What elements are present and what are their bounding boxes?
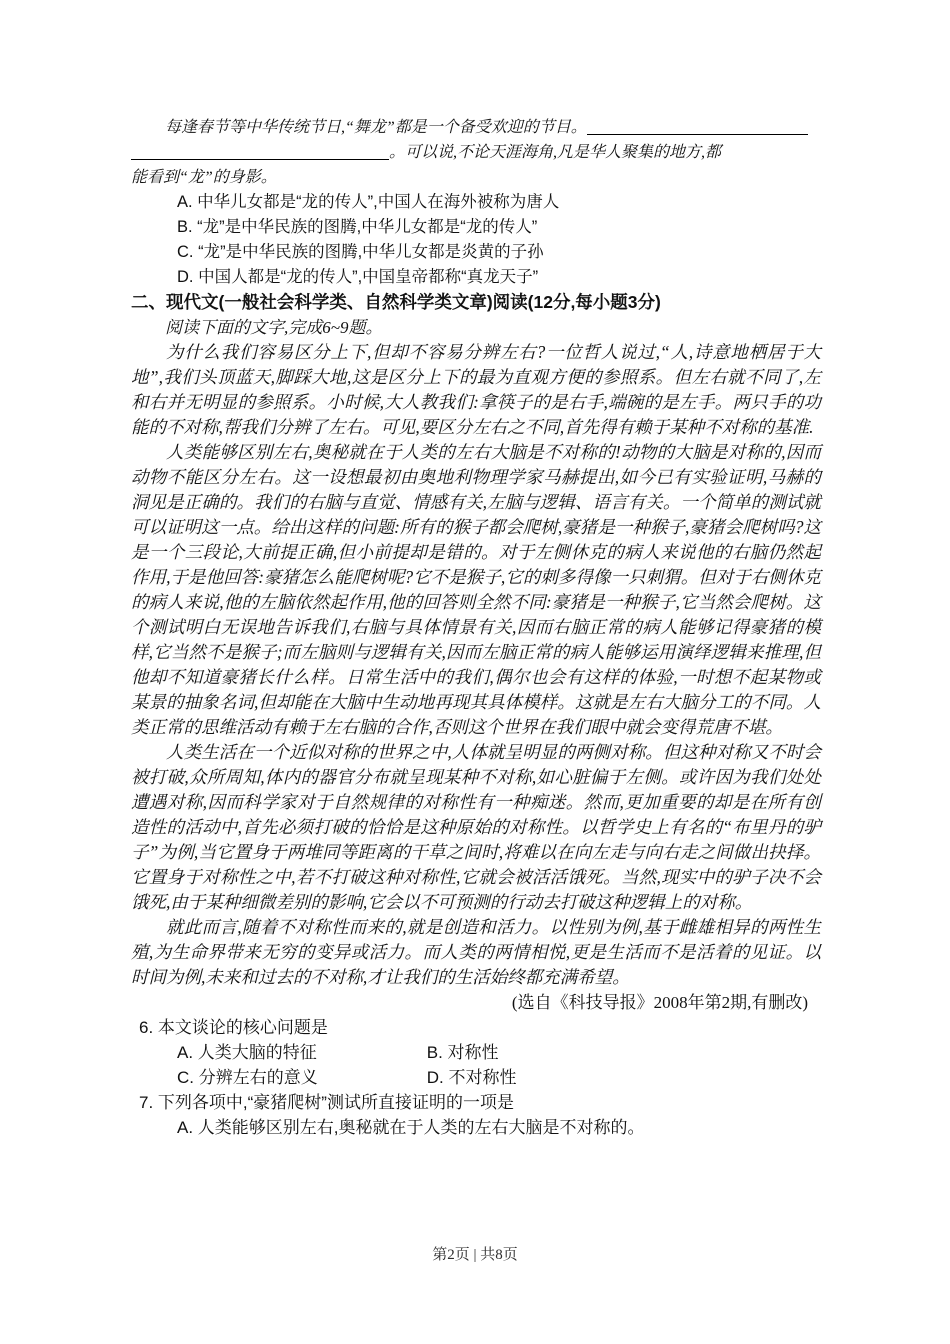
q5-stem-line-1: 每逢春节等中华传统节日,“舞龙”都是一个备受欢迎的节目。: [131, 115, 821, 140]
page-number-footer: 第2页 | 共8页: [0, 1245, 950, 1265]
q5-option-b: B. “龙”是中华民族的图腾,中华儿女都是“龙的传人”: [131, 215, 821, 240]
q5-stem-line-2-text: 。可以说,不论天涯海角,凡是华人聚集的地方,都: [389, 140, 721, 165]
q6-options-row-2: C. 分辨左右的意义 D. 不对称性: [131, 1065, 821, 1090]
q5-stem-line-1-text: 每逢春节等中华传统节日,“舞龙”都是一个备受欢迎的节目。: [165, 115, 587, 140]
q6-option-c: C. 分辨左右的意义: [177, 1065, 422, 1090]
q7-stem: 7. 下列各项中,“豪猪爬树”测试所直接证明的一项是: [131, 1090, 821, 1115]
page-content: 每逢春节等中华传统节日,“舞龙”都是一个备受欢迎的节目。 。可以说,不论天涯海角…: [131, 115, 821, 1140]
q6-option-a: A. 人类大脑的特征: [177, 1040, 422, 1065]
exam-document-page: 每逢春节等中华传统节日,“舞龙”都是一个备受欢迎的节目。 。可以说,不论天涯海角…: [0, 0, 950, 1344]
q7-option-a: A. 人类能够区别左右,奥秘就在于人类的左右大脑是不对称的。: [131, 1115, 821, 1140]
q6-option-d: D. 不对称性: [427, 1068, 517, 1087]
section-heading: 二、现代文(一般社会科学类、自然科学类文章)阅读(12分,每小题3分): [131, 290, 821, 315]
q5-option-a: A. 中华儿女都是“龙的传人”,中国人在海外被称为唐人: [131, 190, 821, 215]
q6-options-row-1: A. 人类大脑的特征 B. 对称性: [131, 1040, 821, 1065]
q6-option-b: B. 对称性: [427, 1043, 499, 1062]
q5-option-c: C. “龙”是中华民族的图腾,中华儿女都是炎黄的子孙: [131, 240, 821, 265]
q5-blank-line-2: [131, 159, 389, 160]
passage-paragraph-4: 就此而言,随着不对称性而来的,就是创造和活力。以性别为例,基于雌雄相异的两性生殖…: [131, 915, 821, 990]
q5-blank-line-1: [587, 134, 808, 135]
q5-stem-line-3: 能看到“龙”的身影。: [131, 165, 821, 190]
q5-stem-line-2: 。可以说,不论天涯海角,凡是华人聚集的地方,都: [131, 140, 821, 165]
q5-option-d: D. 中国人都是“龙的传人”,中国皇帝都称“真龙天子”: [131, 265, 821, 290]
q6-stem: 6. 本文谈论的核心问题是: [131, 1015, 821, 1040]
passage-attribution: (选自《科技导报》2008年第2期,有删改): [131, 990, 821, 1015]
passage-paragraph-2: 人类能够区别左右,奥秘就在于人类的左右大脑是不对称的!动物的大脑是对称的,因而动…: [131, 440, 821, 740]
passage-paragraph-3: 人类生活在一个近似对称的世界之中,人体就呈明显的两侧对称。但这种对称又不时会被打…: [131, 740, 821, 915]
reading-instruction: 阅读下面的文字,完成6~9题。: [131, 315, 821, 340]
passage-paragraph-1: 为什么我们容易区分上下,但却不容易分辨左右?一位哲人说过,“人,诗意地栖居于大地…: [131, 340, 821, 440]
